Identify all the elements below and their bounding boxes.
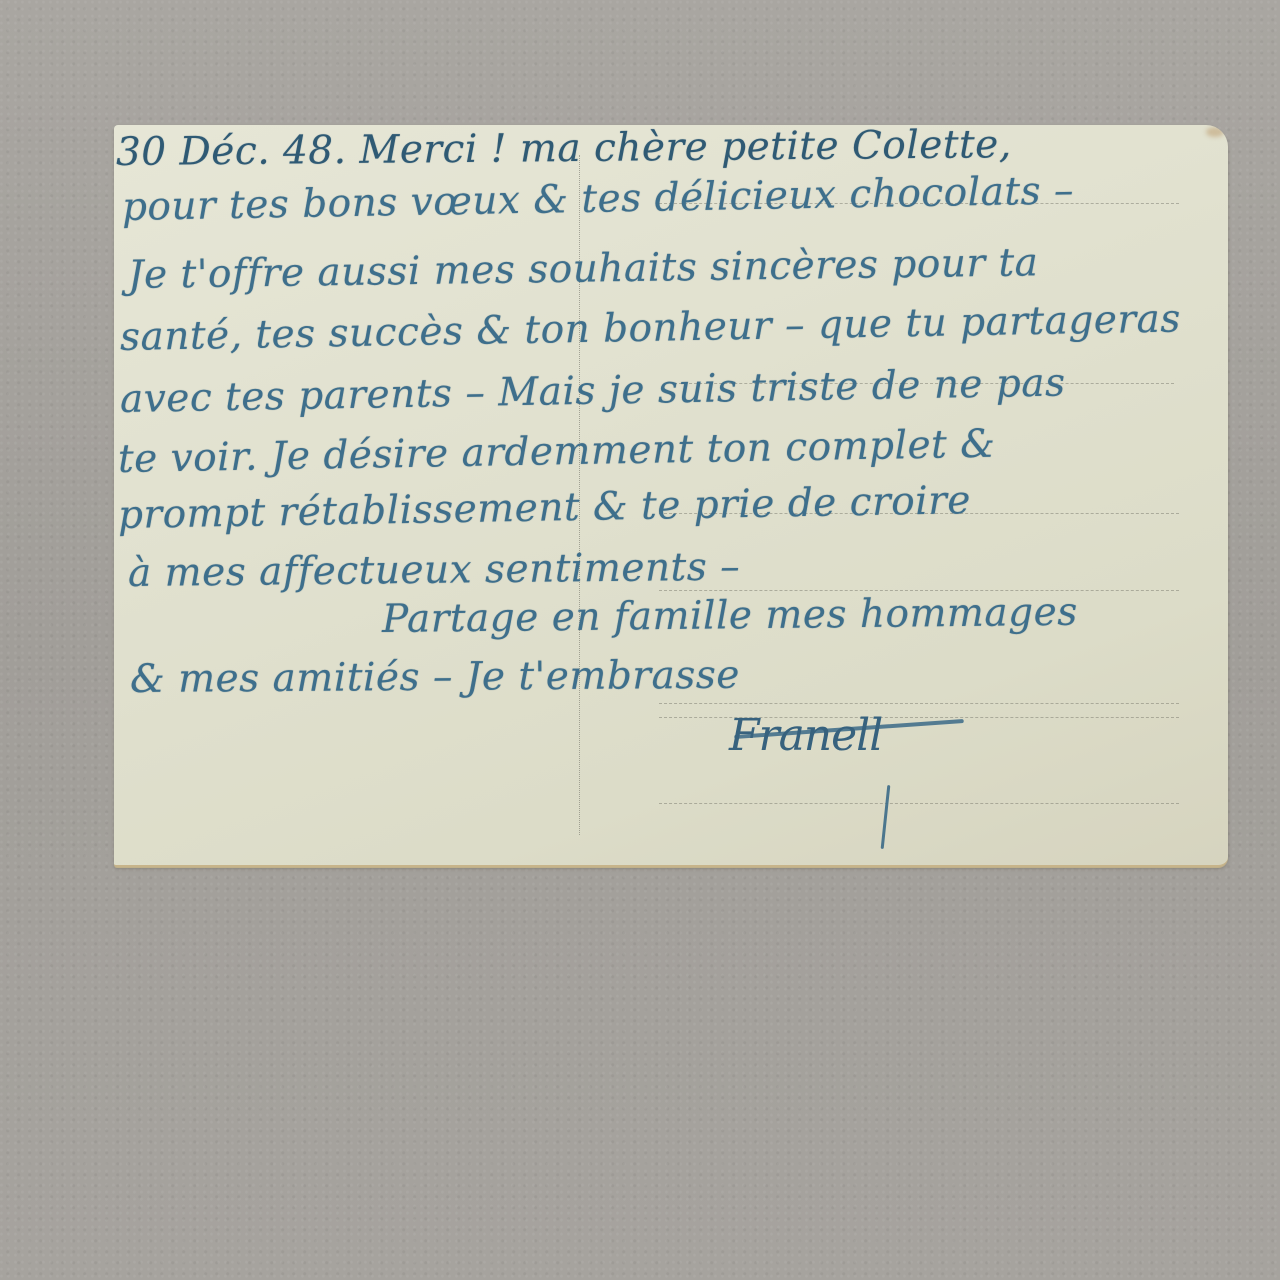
message-line: pour tes bons vœux & tes délicieux choco… [122,168,1075,230]
message-line: Partage en famille mes hommages [382,590,1078,642]
message-line: prompt rétablissement & te prie de croir… [118,478,972,538]
message-line: santé, tes succès & ton bonheur – que tu… [120,296,1182,360]
message-line-closing: & mes amitiés – Je t'embrasse [130,653,740,702]
message-line: te voir. Je désire ardemment ton complet… [118,422,996,482]
message-line-date-greeting: 30 Déc. 48. Merci ! ma chère petite Cole… [116,125,1012,175]
signature: Franell [729,710,882,761]
handwritten-message: 30 Déc. 48. Merci ! ma chère petite Cole… [114,125,1228,865]
message-line: Je t'offre aussi mes souhaits sincères p… [128,240,1039,298]
message-line: avec tes parents – Mais je suis triste d… [120,360,1066,421]
grey-surface-background: 30 Déc. 48. Merci ! ma chère petite Cole… [0,0,1280,1280]
message-line: à mes affectueux sentiments – [128,545,741,596]
postcard: 30 Déc. 48. Merci ! ma chère petite Cole… [114,125,1228,867]
